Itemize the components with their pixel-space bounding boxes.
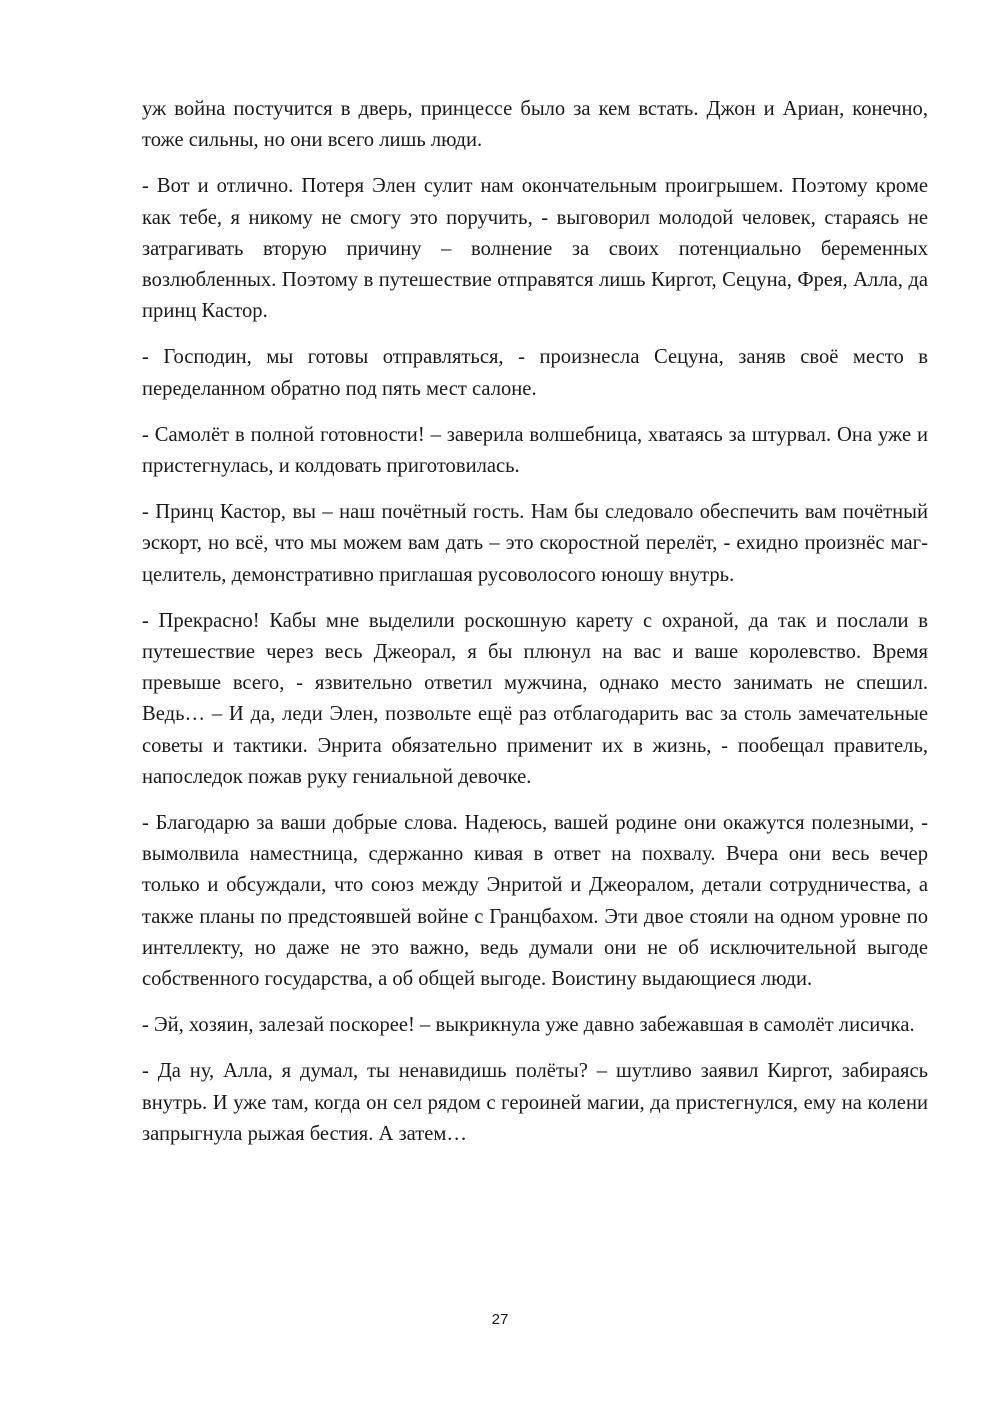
paragraph-dialogue: - Господин, мы готовы отправляться, - пр… [142, 342, 928, 404]
paragraph-dialogue: - Прекрасно! Кабы мне выделили роскошную… [142, 606, 928, 793]
page-body: уж война постучится в дверь, принцессе б… [142, 94, 928, 1165]
paragraph-dialogue: - Благодарю за ваши добрые слова. Надеюс… [142, 808, 928, 995]
page-number: 27 [0, 1311, 1000, 1328]
paragraph-dialogue: - Эй, хозяин, залезай поскорее! – выкрик… [142, 1010, 928, 1041]
paragraph-dialogue: - Самолёт в полной готовности! – заверил… [142, 420, 928, 482]
paragraph-continuation: уж война постучится в дверь, принцессе б… [142, 94, 928, 156]
paragraph-dialogue: - Вот и отлично. Потеря Элен сулит нам о… [142, 171, 928, 327]
paragraph-dialogue: - Принц Кастор, вы – наш почётный гость.… [142, 497, 928, 591]
paragraph-dialogue: - Да ну, Алла, я думал, ты ненавидишь по… [142, 1056, 928, 1150]
